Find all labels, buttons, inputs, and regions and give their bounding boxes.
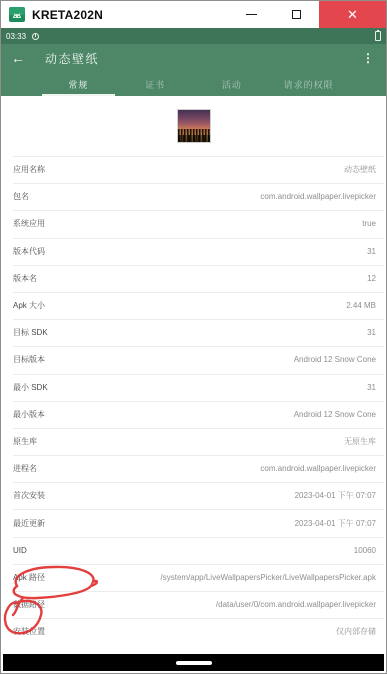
info-row-label: 首次安装 xyxy=(13,490,45,501)
info-row-label: 最小 SDK xyxy=(13,382,48,393)
info-row-label: 目标版本 xyxy=(13,354,45,365)
home-pill[interactable] xyxy=(176,661,212,665)
info-row-label: UID xyxy=(13,546,27,555)
info-row: 最近更新 2023-04-01 下午 07:07 xyxy=(1,509,386,536)
info-row-value: Android 12 Snow Cone xyxy=(294,410,376,419)
tab-1[interactable]: 常规 xyxy=(40,72,117,96)
info-row-label: 版本名 xyxy=(13,273,37,284)
close-button[interactable]: ✕ xyxy=(319,1,386,28)
android-status-bar: 03:33 xyxy=(1,28,386,44)
info-row: Apk 大小 2.44 MB xyxy=(1,292,386,319)
live-wallpaper-app-icon xyxy=(177,109,211,143)
info-row-label: 安装位置 xyxy=(13,626,45,637)
info-row-label: 数据路径 xyxy=(13,599,45,610)
info-row: 数据路径 /data/user/0/com.android.wallpaper.… xyxy=(1,591,386,618)
info-row: UID 10060 xyxy=(1,537,386,564)
minimize-icon xyxy=(246,14,257,16)
info-row-label: 版本代码 xyxy=(13,246,45,257)
info-row: 包名 com.android.wallpaper.livepicker xyxy=(1,183,386,210)
info-row-value: /system/app/LiveWallpapersPicker/LiveWal… xyxy=(161,573,377,582)
info-row-value: 31 xyxy=(367,328,376,337)
overflow-menu-icon[interactable]: ⋮ xyxy=(360,51,376,65)
info-row-value: 无原生库 xyxy=(344,436,376,447)
info-row-value: 2.44 MB xyxy=(346,301,376,310)
info-row: 目标版本 Android 12 Snow Cone xyxy=(1,346,386,373)
info-row: 最小 SDK 31 xyxy=(1,374,386,401)
android-emulator-icon xyxy=(9,7,25,22)
info-row-label: 最近更新 xyxy=(13,518,45,529)
info-row: 版本名 12 xyxy=(1,265,386,292)
minimize-button[interactable] xyxy=(229,1,274,28)
info-row-label: Apk 大小 xyxy=(13,300,45,311)
info-row-label: 包名 xyxy=(13,191,29,202)
back-arrow-icon[interactable]: ← xyxy=(11,51,33,65)
info-row-label: 应用名称 xyxy=(13,164,45,175)
info-row-label: 最小版本 xyxy=(13,409,45,420)
info-row-value: 31 xyxy=(367,247,376,256)
info-list: 应用名称 动态壁纸 包名 com.android.wallpaper.livep… xyxy=(1,156,386,645)
battery-icon xyxy=(375,31,381,41)
maximize-button[interactable] xyxy=(274,1,319,28)
info-row-label: Apk 路径 xyxy=(13,572,45,583)
info-row: 应用名称 动态壁纸 xyxy=(1,156,386,183)
info-row-value: /data/user/0/com.android.wallpaper.livep… xyxy=(216,600,376,609)
emulator-window: KRETA202N ✕ 03:33 ← 动态壁纸 ⋮ 常规证书活动请求的权限 应… xyxy=(0,0,387,674)
info-row-label: 进程名 xyxy=(13,463,37,474)
maximize-icon xyxy=(292,10,301,19)
info-row-label: 目标 SDK xyxy=(13,327,48,338)
window-controls: ✕ xyxy=(229,1,386,28)
app-bar: ← 动态壁纸 ⋮ xyxy=(1,44,386,72)
info-row: 最小版本 Android 12 Snow Cone xyxy=(1,401,386,428)
info-row: 目标 SDK 31 xyxy=(1,319,386,346)
info-row: 版本代码 31 xyxy=(1,238,386,265)
info-row: 进程名 com.android.wallpaper.livepicker xyxy=(1,455,386,482)
android-nav-bar xyxy=(3,654,384,671)
info-row-value: true xyxy=(362,219,376,228)
app-info-content: 应用名称 动态壁纸 包名 com.android.wallpaper.livep… xyxy=(1,96,386,645)
tab-bar: 常规证书活动请求的权限 xyxy=(1,72,386,96)
status-time: 03:33 xyxy=(6,32,26,41)
app-icon-section xyxy=(1,96,386,156)
info-row-value: 31 xyxy=(367,383,376,392)
grass-texture xyxy=(178,135,210,142)
info-row: 首次安装 2023-04-01 下午 07:07 xyxy=(1,482,386,509)
info-row-value: com.android.wallpaper.livepicker xyxy=(260,192,376,201)
clock-icon xyxy=(32,33,39,40)
window-titlebar: KRETA202N ✕ xyxy=(1,1,386,28)
info-row-value: com.android.wallpaper.livepicker xyxy=(260,464,376,473)
info-row-label: 原生库 xyxy=(13,436,37,447)
window-title: KRETA202N xyxy=(32,8,103,22)
tab-3[interactable]: 活动 xyxy=(194,72,271,96)
info-row: 系统应用 true xyxy=(1,210,386,237)
tab-4[interactable]: 请求的权限 xyxy=(270,72,347,96)
info-row: Apk 路径 /system/app/LiveWallpapersPicker/… xyxy=(1,564,386,591)
info-row-value: 仅内部存储 xyxy=(336,626,376,637)
page-title: 动态壁纸 xyxy=(45,50,99,67)
info-row-value: 10060 xyxy=(354,546,376,555)
info-row: 原生库 无原生库 xyxy=(1,428,386,455)
tab-2[interactable]: 证书 xyxy=(117,72,194,96)
info-row-value: 2023-04-01 下午 07:07 xyxy=(295,518,376,529)
info-row-value: 12 xyxy=(367,274,376,283)
info-row-label: 系统应用 xyxy=(13,218,45,229)
info-row-value: Android 12 Snow Cone xyxy=(294,355,376,364)
info-row: 安装位置 仅内部存储 xyxy=(1,618,386,645)
info-row-value: 动态壁纸 xyxy=(344,164,376,175)
info-row-value: 2023-04-01 下午 07:07 xyxy=(295,490,376,501)
